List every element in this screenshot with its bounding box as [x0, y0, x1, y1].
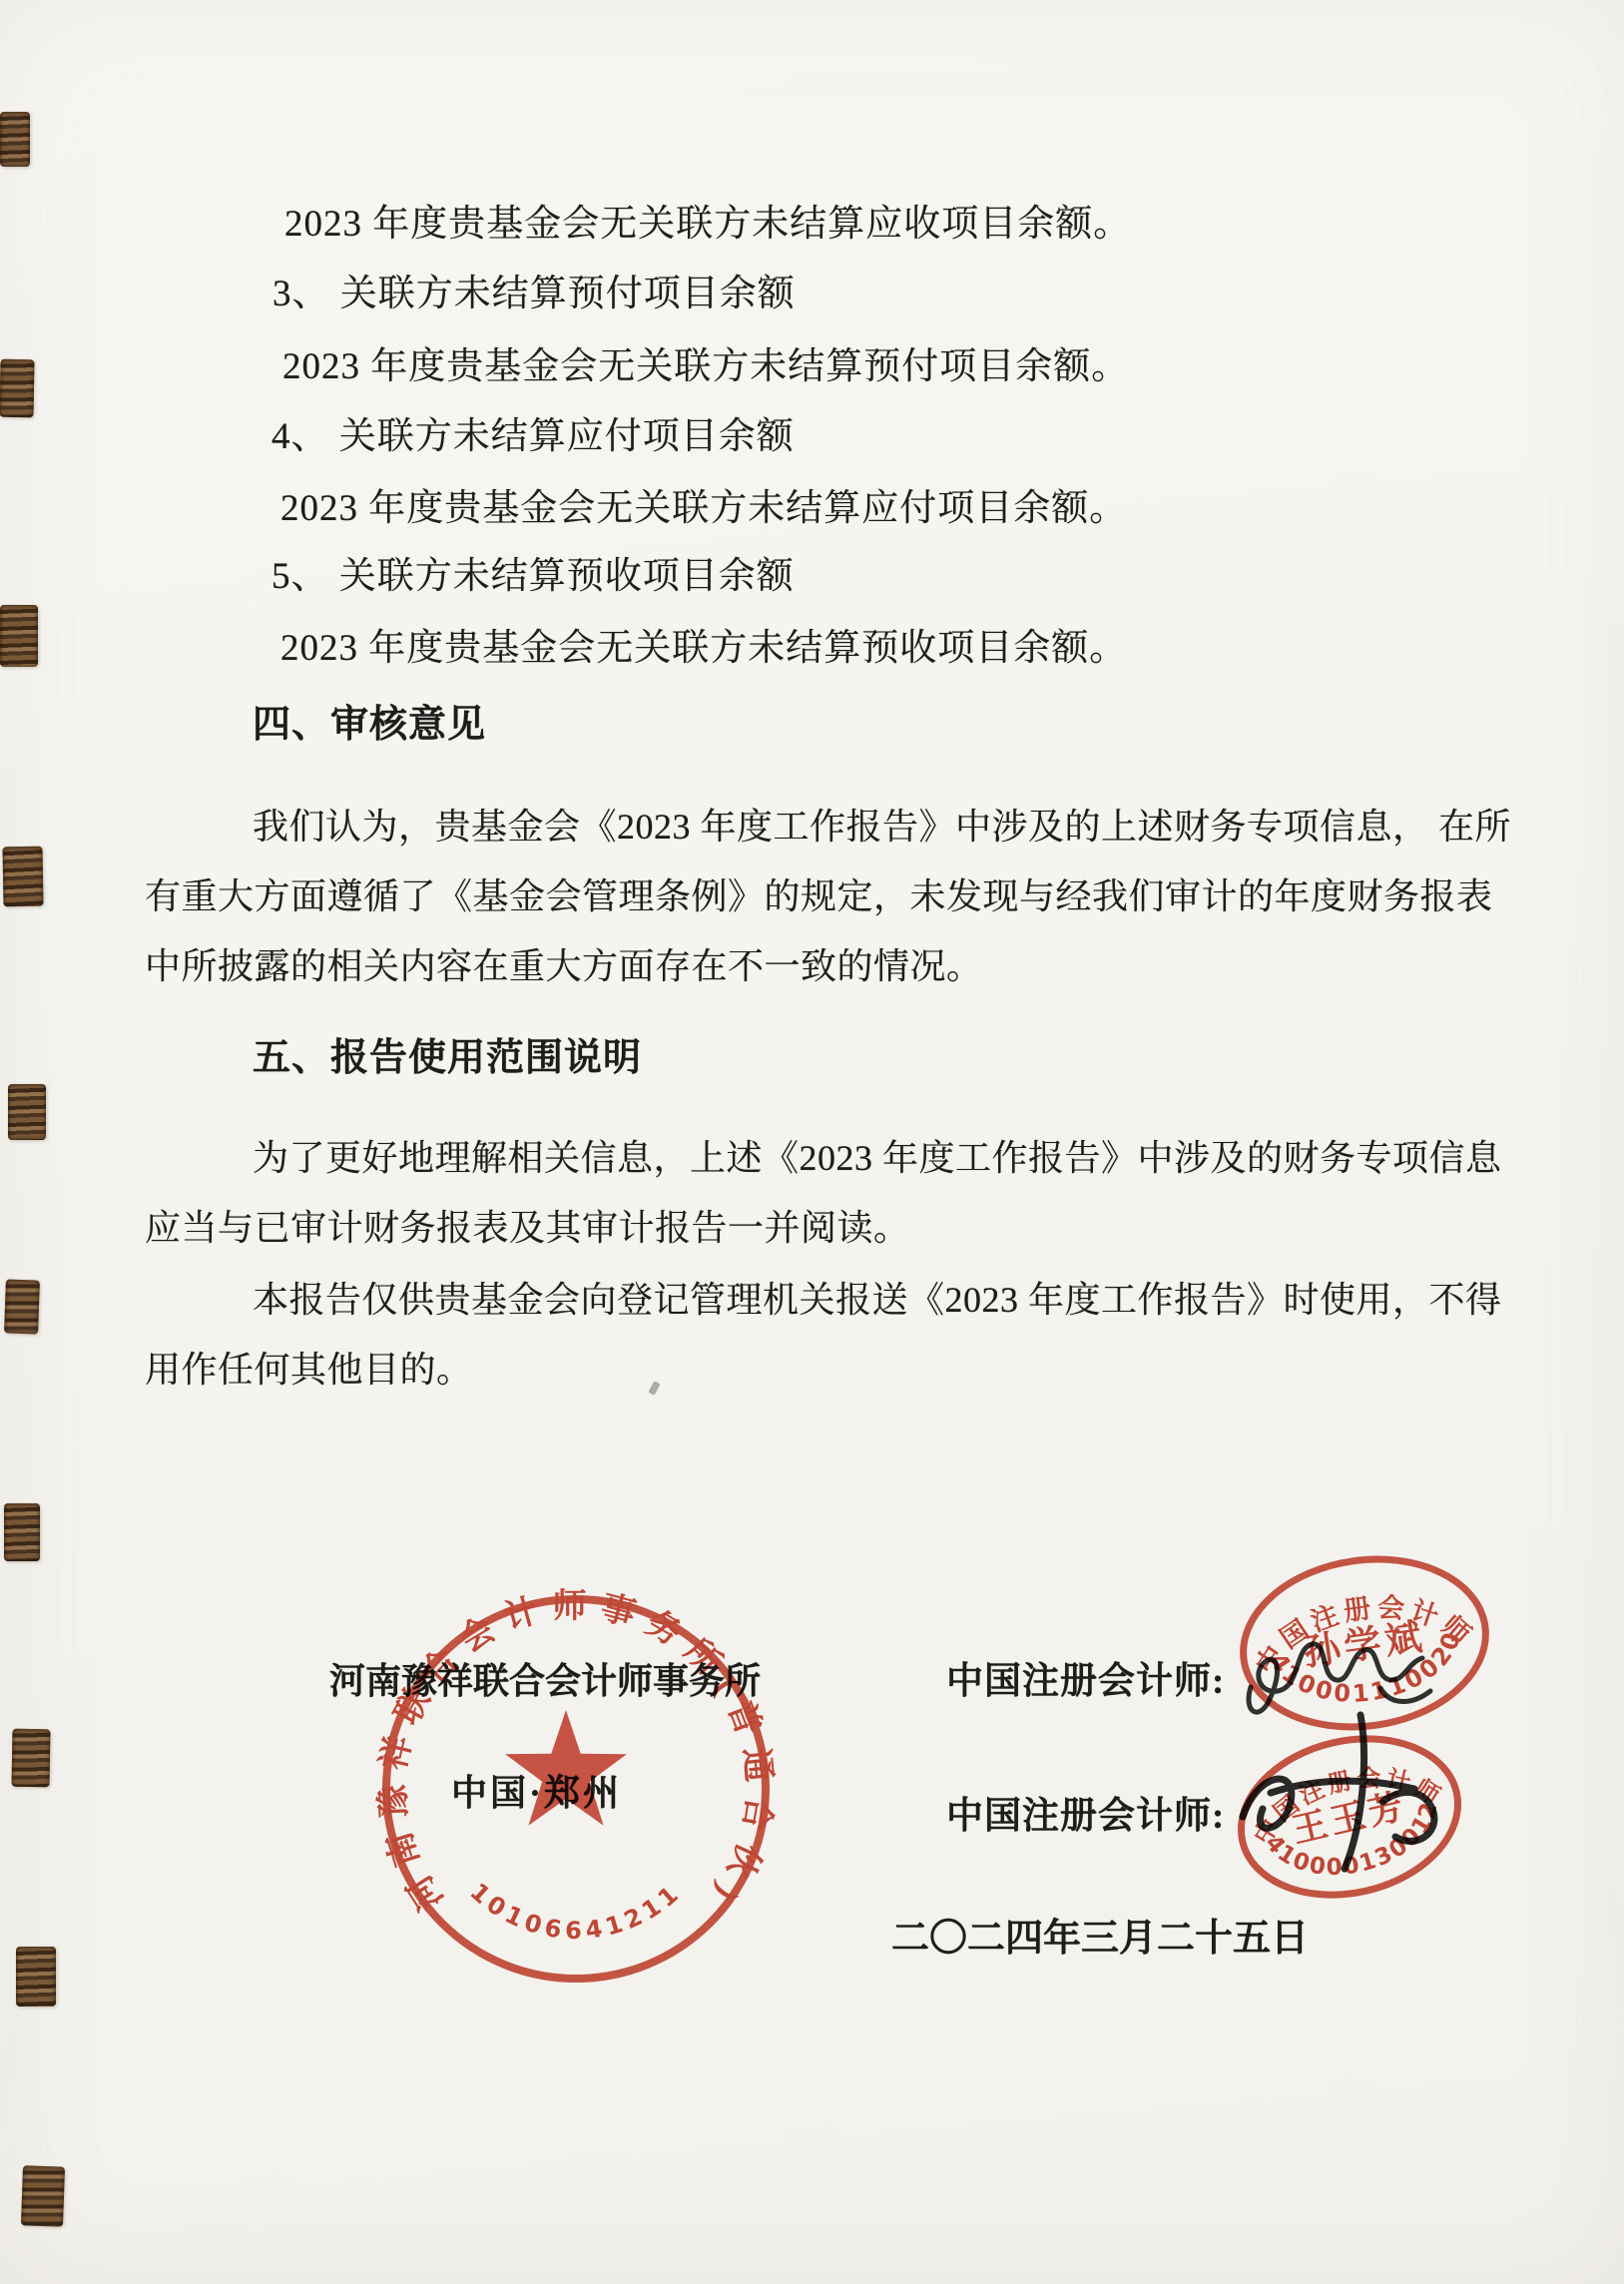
report-date: 二〇二四年三月二十五日 [891, 1907, 1309, 1962]
binding-mark [4, 1279, 40, 1334]
binding-mark [2, 847, 43, 907]
scope-line-3: 本报告仅供贵基金会向登记管理机关报送《2023 年度工作报告》时使用，不得 [253, 1272, 1502, 1323]
para-no-advance-balance: 2023 年度贵基金会无关联方未结算预收项目余额。 [280, 617, 1127, 671]
para-no-receivable-balance: 2023 年度贵基金会无关联方未结算应收项目余额。 [284, 193, 1131, 247]
opinion-line-2: 有重大方面遵循了《基金会管理条例》的规定，未发现与经我们审计的年度财务报表 [145, 868, 1493, 919]
binding-mark [21, 2165, 65, 2226]
cpa-label-2: 中国注册会计师: [946, 1785, 1225, 1839]
signature-2 [1213, 1697, 1462, 1887]
scope-line-2: 应当与已审计财务报表及其审计报告一并阅读。 [145, 1200, 910, 1251]
firm-name-text: 河南豫祥联合会计师事务所 [329, 1653, 761, 1704]
cpa-label-1: 中国注册会计师: [946, 1650, 1225, 1704]
binding-mark [4, 1503, 40, 1561]
opinion-line-3: 中所披露的相关内容在重大方面存在不一致的情况。 [145, 938, 983, 989]
item-5-heading: 5、 关联方未结算预收项目余额 [271, 545, 795, 599]
firm-city-text: 中国·郑州 [451, 1765, 622, 1816]
binding-mark [0, 112, 30, 167]
opinion-line-1: 我们认为，贵基金会《2023 年度工作报告》中涉及的上述财务专项信息， 在所 [253, 799, 1511, 850]
binding-mark [8, 1084, 46, 1140]
section-4-heading: 四、审核意见 [253, 693, 486, 748]
scanned-audit-report-page: 2023 年度贵基金会无关联方未结算应收项目余额。 3、 关联方未结算预付项目余… [0, 0, 1624, 2284]
scan-speck [648, 1381, 660, 1396]
binding-mark [11, 1729, 50, 1788]
item-3-heading: 3、 关联方未结算预付项目余额 [272, 263, 796, 316]
para-no-prepaid-balance: 2023 年度贵基金会无关联方未结算预付项目余额。 [282, 335, 1129, 389]
scope-line-4: 用作任何其他目的。 [145, 1342, 473, 1393]
para-no-payable-balance: 2023 年度贵基金会无关联方未结算应付项目余额。 [280, 477, 1127, 531]
binding-mark [0, 605, 38, 667]
item-4-heading: 4、 关联方未结算应付项目余额 [271, 405, 795, 459]
scope-line-1: 为了更好地理解相关信息，上述《2023 年度工作报告》中涉及的财务专项信息 [253, 1130, 1502, 1181]
binding-mark [0, 359, 35, 418]
binding-mark [16, 1947, 56, 2006]
section-5-heading: 五、报告使用范围说明 [253, 1026, 642, 1081]
